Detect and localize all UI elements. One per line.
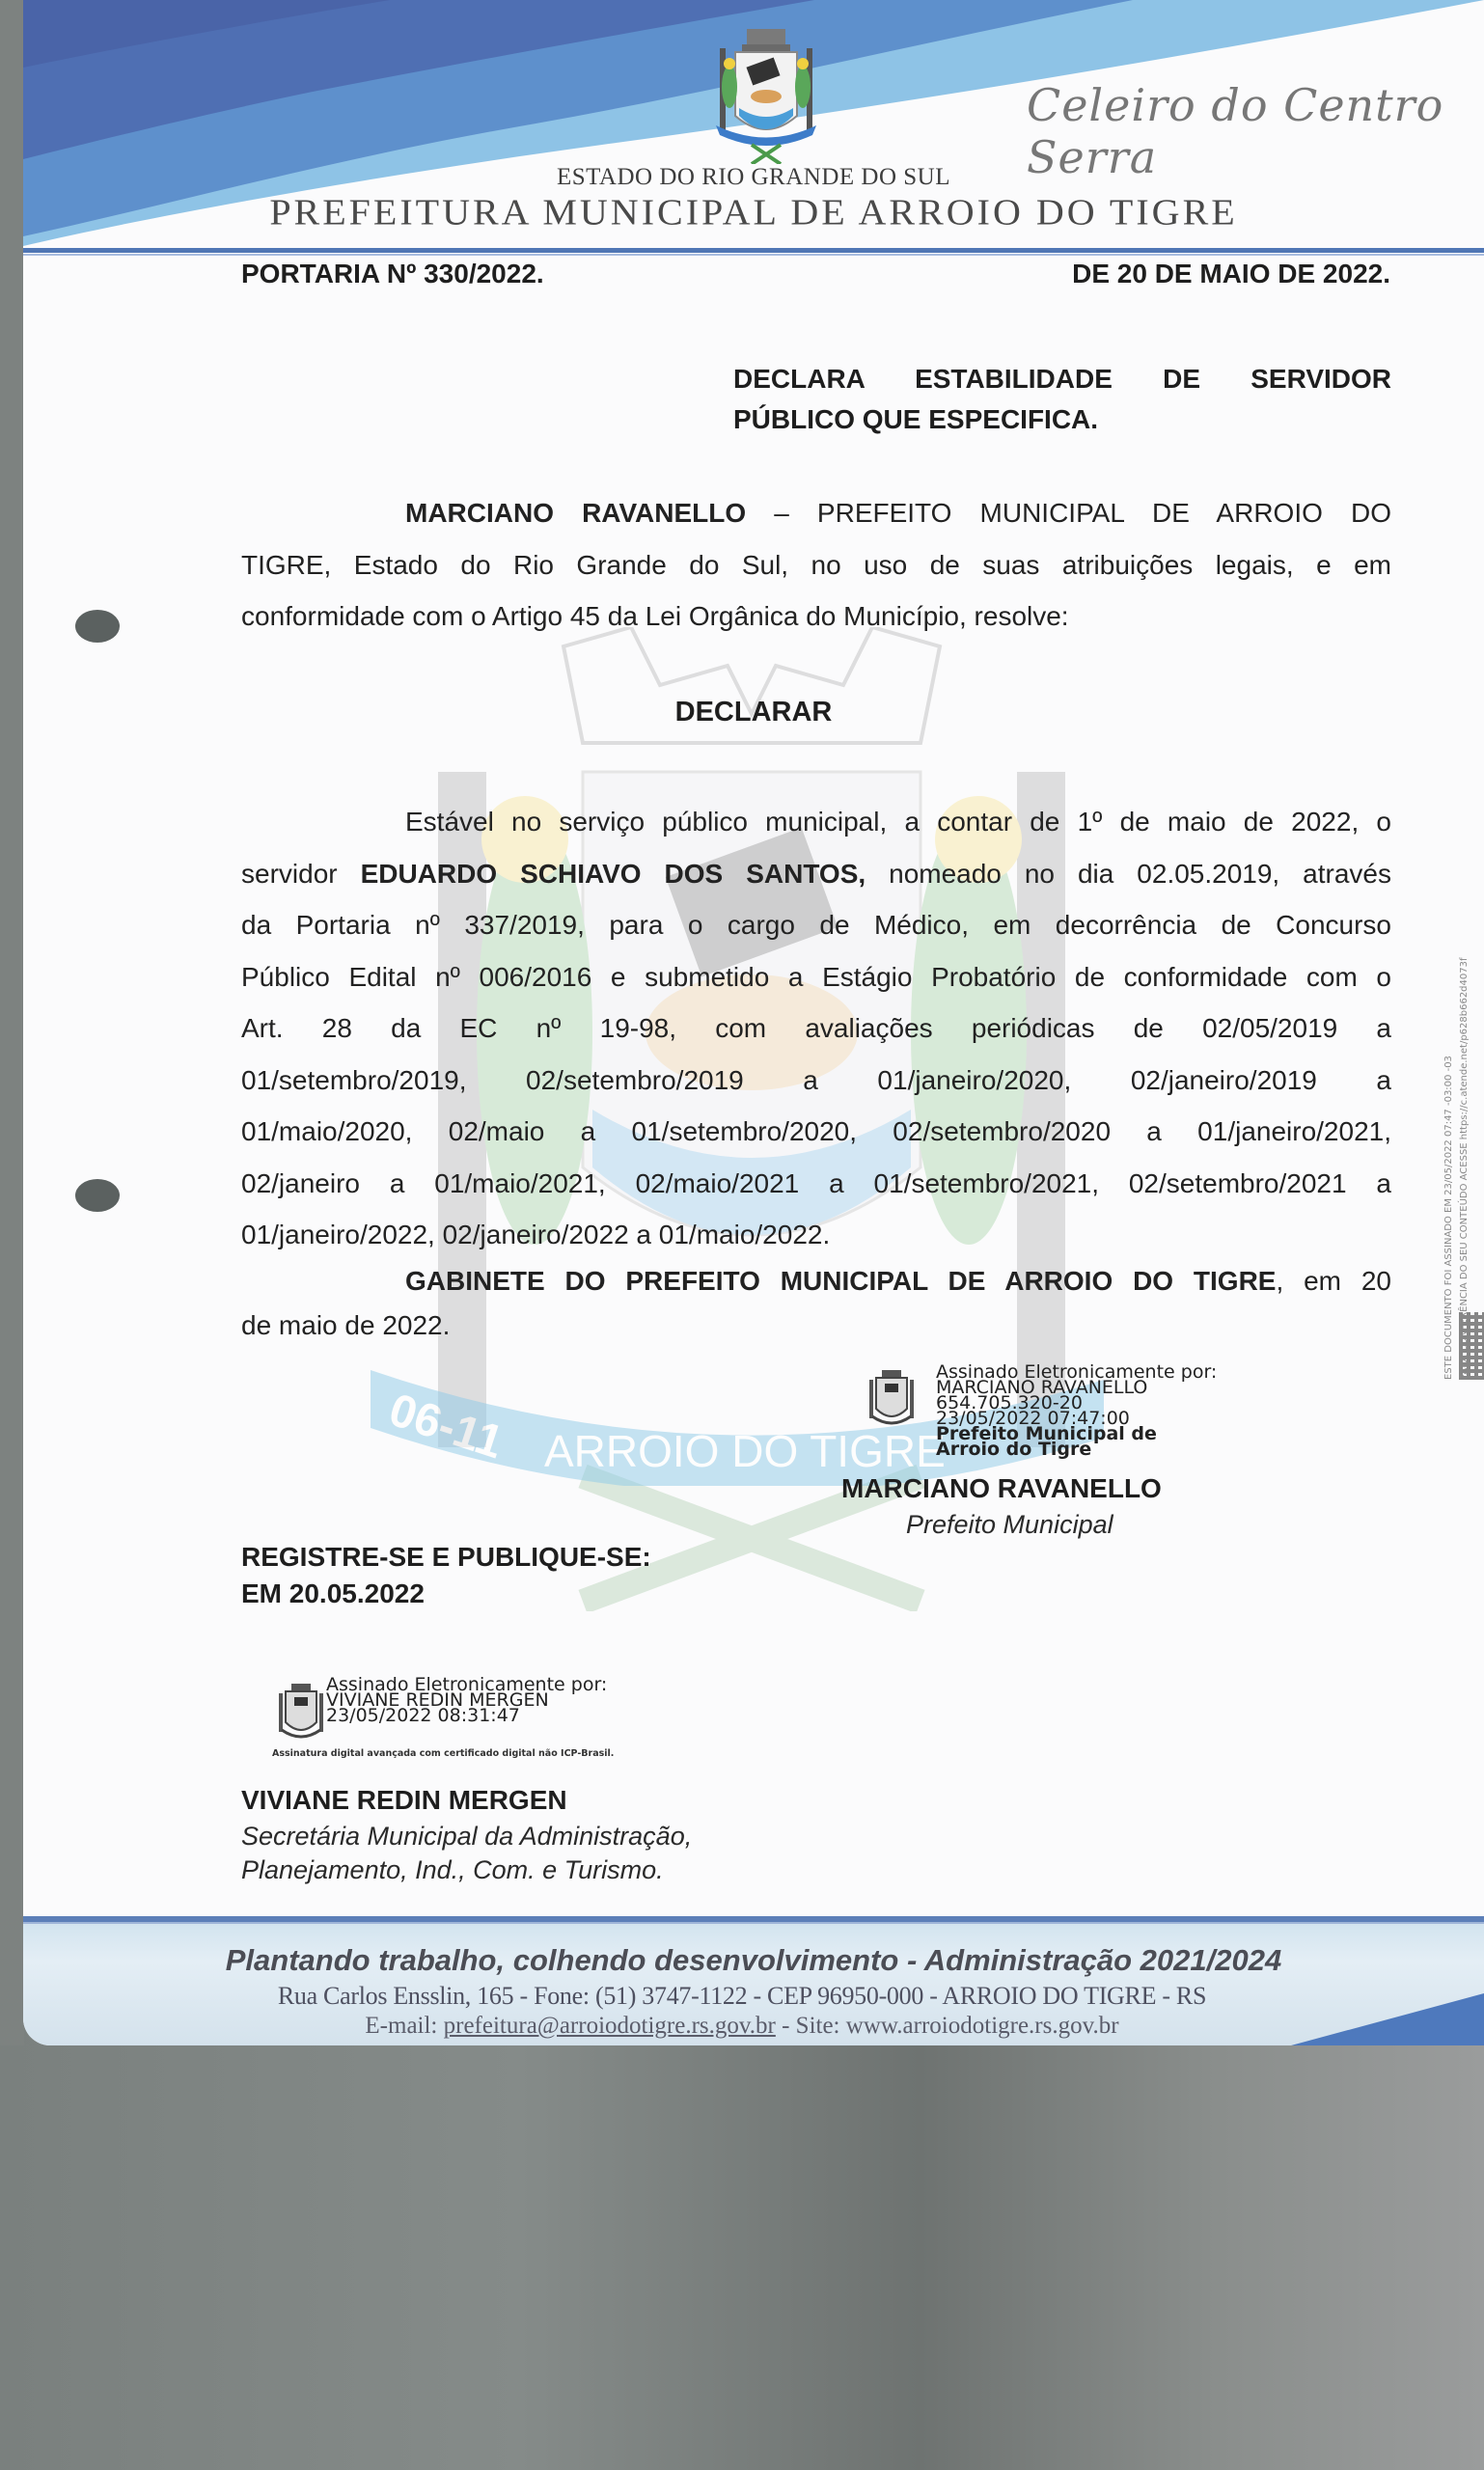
header-divider-thin	[23, 254, 1484, 256]
closing-line: de maio de 2022.	[241, 1304, 1391, 1348]
preamble-line: conformidade com o Artigo 45 da Lei Orgâ…	[241, 590, 1391, 643]
closing-paragraph: GABINETE DO PREFEITO MUNICIPAL DE ARROIO…	[241, 1259, 1391, 1348]
declarar-heading: DECLARAR	[23, 697, 1484, 728]
punch-hole	[75, 610, 120, 643]
registration-date: EM 20.05.2022	[241, 1576, 651, 1612]
body-line: Público Edital nº 006/2016 e submetido a…	[241, 951, 1391, 1003]
body-line: servidor EDUARDO SCHIAVO DOS SANTOS, nom…	[241, 848, 1391, 900]
preamble-text: – PREFEITO MUNICIPAL DE ARROIO DO	[746, 498, 1391, 528]
email-label: E-mail:	[365, 2013, 443, 2039]
closing-office: GABINETE DO PREFEITO MUNICIPAL DE ARROIO…	[405, 1266, 1276, 1296]
esign-certificate-note: Assinatura digital avançada com certific…	[272, 1748, 619, 1760]
esign-line: 23/05/2022 08:31:47	[326, 1708, 607, 1723]
punch-hole	[75, 1179, 120, 1212]
state-name: ESTADO DO RIO GRANDE DO SUL	[23, 164, 1484, 191]
body-line: Estável no serviço público municipal, a …	[241, 796, 1391, 848]
secretary-signature-role: Secretária Municipal da Administração, P…	[241, 1820, 692, 1887]
body-line: 01/maio/2020, 02/maio a 01/setembro/2020…	[241, 1106, 1391, 1158]
body-line: 01/setembro/2019, 02/setembro/2019 a 01/…	[241, 1055, 1391, 1107]
body-text: nomeado no dia 02.05.2019, através	[866, 859, 1391, 889]
esign-line: Arroio do Tigre	[936, 1441, 1217, 1457]
portaria-number: PORTARIA Nº 330/2022.	[241, 259, 544, 289]
mayor-signature-role: Prefeito Municipal	[906, 1510, 1113, 1540]
preamble-line: MARCIANO RAVANELLO – PREFEITO MUNICIPAL …	[241, 487, 1391, 539]
verification-stamp: ESTE DOCUMENTO FOI ASSINADO EM 23/05/202…	[1442, 685, 1472, 1380]
mayor-signature-name: MARCIANO RAVANELLO	[841, 1473, 1162, 1504]
esign-seal-icon	[866, 1370, 917, 1430]
body-text: servidor	[241, 859, 361, 889]
footer-contact: E-mail: prefeitura@arroiodotigre.rs.gov.…	[23, 2013, 1461, 2040]
verification-line: ESTE DOCUMENTO FOI ASSINADO EM 23/05/202…	[1442, 685, 1457, 1380]
site-label: - Site:	[776, 2013, 846, 2039]
server-name: EDUARDO SCHIAVO DOS SANTOS,	[361, 859, 866, 889]
administration-slogan: Plantando trabalho, colhendo desenvolvim…	[23, 1943, 1484, 1978]
document-page: Celeiro do Centro Serra ESTADO DO RIO GR…	[23, 0, 1484, 2045]
site-link[interactable]: www.arroiodotigre.rs.gov.br	[846, 2013, 1119, 2039]
institution-name: PREFEITURA MUNICIPAL DE ARROIO DO TIGRE	[23, 190, 1484, 233]
header-divider	[23, 248, 1484, 253]
body-line: da Portaria nº 337/2019, para o cargo de…	[241, 899, 1391, 951]
preamble-paragraph: MARCIANO RAVANELLO – PREFEITO MUNICIPAL …	[241, 487, 1391, 643]
municipal-coat-of-arms-icon	[689, 29, 843, 164]
body-line: 02/janeiro a 01/maio/2021, 02/maio/2021 …	[241, 1158, 1391, 1210]
body-line: Art. 28 da EC nº 19-98, com avaliações p…	[241, 1002, 1391, 1055]
portaria-date: DE 20 DE MAIO DE 2022.	[1072, 259, 1390, 289]
body-paragraph: Estável no serviço público municipal, a …	[241, 796, 1391, 1261]
registration-line: REGISTRE-SE E PUBLIQUE-SE:	[241, 1539, 651, 1576]
ementa-line: PÚBLICO QUE ESPECIFICA.	[733, 399, 1391, 440]
letterhead-footer: Plantando trabalho, colhendo desenvolvim…	[23, 1916, 1484, 2045]
esign-stamp-mayor: Assinado Eletronicamente por: MARCIANO R…	[936, 1364, 1217, 1457]
esign-stamp-secretary: Assinado Eletronicamente por: VIVIANE RE…	[326, 1677, 607, 1723]
closing-line: GABINETE DO PREFEITO MUNICIPAL DE ARROIO…	[241, 1259, 1391, 1304]
ementa-line: DECLARA ESTABILIDADE DE SERVIDOR	[733, 359, 1391, 399]
secretary-role-line: Planejamento, Ind., Com. e Turismo.	[241, 1853, 692, 1887]
verification-link[interactable]: PARA CONFERÊNCIA DO SEU CONTEÚDO ACESSE …	[1457, 685, 1472, 1380]
ementa: DECLARA ESTABILIDADE DE SERVIDOR PÚBLICO…	[733, 359, 1391, 440]
secretary-signature-name: VIVIANE REDIN MERGEN	[241, 1785, 567, 1816]
preamble-line: TIGRE, Estado do Rio Grande do Sul, no u…	[241, 539, 1391, 591]
registration-block: REGISTRE-SE E PUBLIQUE-SE: EM 20.05.2022	[241, 1539, 651, 1612]
email-link[interactable]: prefeitura@arroiodotigre.rs.gov.br	[444, 2013, 776, 2039]
closing-text: , em 20	[1276, 1266, 1391, 1296]
mayor-name: MARCIANO RAVANELLO	[405, 498, 746, 528]
footer-corner-accent	[1291, 1993, 1484, 2045]
footer-divider-thin	[23, 1922, 1484, 1924]
scanner-background-edge	[0, 0, 24, 2045]
svg-text:ARROIO DO TIGRE: ARROIO DO TIGRE	[544, 1426, 946, 1476]
esign-seal-icon	[276, 1684, 326, 1743]
body-line: 01/janeiro/2022, 02/janeiro/2022 a 01/ma…	[241, 1209, 1391, 1261]
footer-address: Rua Carlos Ensslin, 165 - Fone: (51) 374…	[23, 1982, 1461, 2011]
secretary-role-line: Secretária Municipal da Administração,	[241, 1820, 692, 1853]
